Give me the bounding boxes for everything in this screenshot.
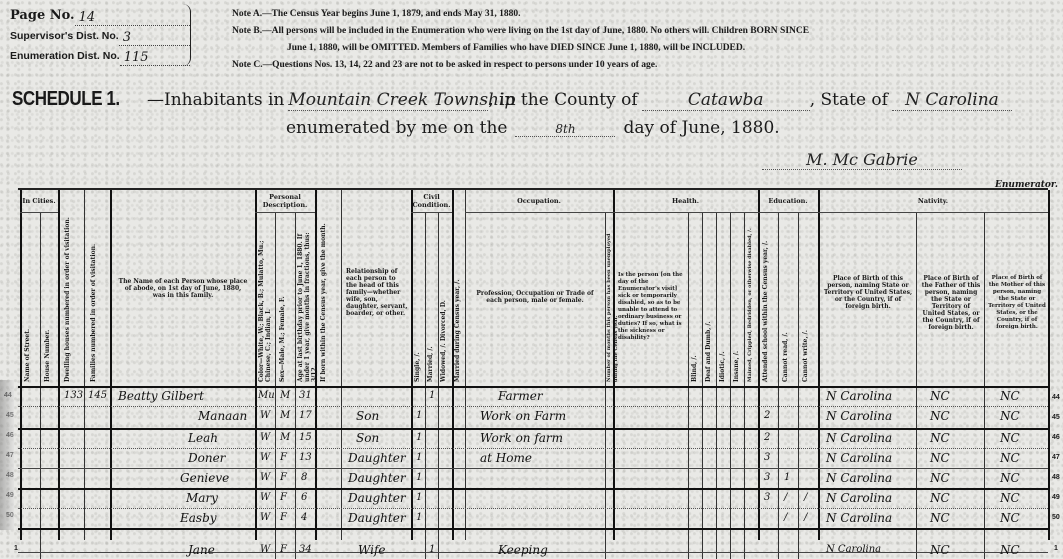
- line-number-right: 46: [1052, 434, 1060, 441]
- person-color: W: [260, 406, 270, 426]
- relationship: Daughter: [348, 468, 406, 488]
- col-color: Color—White, W.; Black, B.; Mulatto, Mu.…: [258, 218, 274, 382]
- person-age: 34: [299, 540, 312, 559]
- mother-birthplace: NC: [1000, 428, 1020, 448]
- brace-divider: [183, 4, 191, 66]
- family-number: 145: [88, 386, 107, 406]
- person-color: Mu: [258, 386, 275, 406]
- person-age: 13: [299, 448, 312, 468]
- cannot-read-mark: /: [784, 488, 787, 508]
- cannot-read-mark: 1: [784, 468, 790, 488]
- school-months: 2: [764, 428, 770, 448]
- father-birthplace: NC: [930, 406, 950, 426]
- col-blind: Blind, /.: [691, 218, 701, 382]
- birthplace: N Carolina: [826, 488, 892, 508]
- person-name: Mary: [186, 488, 218, 508]
- inhabitants-label: —Inhabitants in: [147, 90, 284, 110]
- person-age: 6: [301, 488, 307, 508]
- col-mother-birthplace: Place of Birth of the Mother of this per…: [987, 275, 1047, 331]
- col-deaf-dumb: Deaf and Dumb, /.: [705, 218, 715, 382]
- person-color: W: [260, 468, 270, 488]
- person-sex: M: [280, 406, 290, 426]
- group-nativity: Nativity.: [818, 192, 1048, 210]
- mother-birthplace: NC: [1000, 406, 1020, 426]
- note-c: Note C.—Questions Nos. 13, 14, 22 and 23…: [232, 57, 809, 74]
- enumeration-date-line: enumerated by me on the 8th day of June,…: [286, 118, 780, 138]
- schedule-title: SCHEDULE 1.: [12, 88, 127, 111]
- single-mark: 1: [416, 488, 422, 508]
- supervisor-district-label: Supervisor's Dist. No.: [10, 26, 119, 46]
- page-edge-shadow: [0, 380, 14, 530]
- line-number-right: 49: [1052, 494, 1060, 501]
- line-number-right: 1: [1054, 545, 1058, 552]
- supervisor-district-value: 3: [119, 31, 190, 46]
- enumeration-district-label: Enumeration Dist. No.: [10, 46, 120, 66]
- father-birthplace: NC: [930, 540, 950, 559]
- person-name: Beatty Gilbert: [118, 386, 204, 406]
- col-cannot-read: Cannot read, /.: [782, 218, 796, 382]
- note-b-continued: June 1, 1880, will be OMITTED. Members o…: [232, 40, 809, 57]
- school-months: 3: [764, 488, 770, 508]
- person-sex: M: [280, 428, 290, 448]
- group-health: Health.: [613, 192, 758, 210]
- cannot-write-mark: /: [804, 508, 807, 528]
- mother-birthplace: NC: [1000, 488, 1020, 508]
- mother-birthplace: NC: [1000, 508, 1020, 528]
- person-color: W: [260, 448, 270, 468]
- father-birthplace: NC: [930, 468, 950, 488]
- page-number-line: Page No. 14: [10, 6, 190, 26]
- occupation: Keeping: [498, 540, 548, 559]
- birthplace: N Carolina: [826, 508, 892, 528]
- group-in-cities: In Cities.: [20, 192, 58, 210]
- col-name: The Name of each Person whose place of a…: [118, 278, 248, 299]
- col-house-number: House Number.: [44, 218, 58, 382]
- person-color: W: [260, 488, 270, 508]
- page-info-block: Page No. 14 Supervisor's Dist. No. 3 Enu…: [10, 6, 190, 66]
- person-sex: F: [280, 508, 287, 528]
- line-number-right: 45: [1052, 414, 1060, 421]
- father-birthplace: NC: [930, 448, 950, 468]
- col-maimed: Maimed, Crippled, Bedridden, or otherwis…: [747, 218, 757, 382]
- col-attended-school: Attended school within the Census year, …: [762, 218, 776, 382]
- person-name: Easby: [180, 508, 217, 528]
- married-mark: 1: [429, 386, 435, 406]
- birthplace: N Carolina: [826, 468, 892, 488]
- relationship: Daughter: [348, 488, 406, 508]
- birthplace: N Carolina: [826, 448, 892, 468]
- line-number-right: 44: [1052, 394, 1060, 401]
- census-table: In Cities. Personal Description. Civil C…: [18, 188, 1048, 559]
- state-label: , State of: [810, 90, 888, 110]
- single-mark: 1: [416, 468, 422, 488]
- col-married: Married, /.: [427, 218, 437, 382]
- schedule-title-line: SCHEDULE 1. —Inhabitants in Mountain Cre…: [12, 88, 1012, 111]
- person-sex: F: [280, 540, 287, 559]
- line-number-left: 1: [14, 545, 18, 552]
- col-widowed: Widowed, /. Divorced, D.: [440, 218, 452, 382]
- page-number-value: 14: [75, 11, 190, 26]
- person-sex: F: [280, 488, 287, 508]
- cannot-read-mark: /: [784, 508, 787, 528]
- col-family: Families numbered in order of visitation…: [90, 198, 108, 382]
- person-color: W: [260, 508, 270, 528]
- person-age: 17: [299, 406, 312, 426]
- person-age: 15: [299, 428, 312, 448]
- mother-birthplace: NC: [1000, 386, 1020, 406]
- group-civil-condition: Civil Condition.: [411, 192, 452, 210]
- supervisor-district-line: Supervisor's Dist. No. 3: [10, 26, 190, 46]
- relationship: Wife: [358, 540, 386, 559]
- date-suffix: day of June, 1880.: [623, 118, 779, 138]
- person-name: Doner: [188, 448, 225, 468]
- enumeration-district-value: 115: [120, 51, 190, 66]
- single-mark: 1: [416, 508, 422, 528]
- married-mark: 1: [429, 540, 435, 559]
- father-birthplace: NC: [930, 508, 950, 528]
- county-value: Catawba: [642, 90, 810, 111]
- col-age: Age at last birthday prior to June 1, 18…: [297, 218, 315, 382]
- page-number-label: Page No.: [10, 6, 75, 26]
- col-sick-disabled: Is the person [on the day of the Enumera…: [618, 272, 684, 342]
- notes-block: Note A.—The Census Year begins June 1, 1…: [232, 6, 809, 74]
- note-a: Note A.—The Census Year begins June 1, 1…: [232, 6, 809, 23]
- relationship: Daughter: [348, 508, 406, 528]
- mother-birthplace: NC: [1000, 448, 1020, 468]
- relationship: Son: [356, 406, 379, 426]
- father-birthplace: NC: [930, 428, 950, 448]
- group-occupation: Occupation.: [465, 192, 613, 210]
- father-birthplace: NC: [930, 386, 950, 406]
- father-birthplace: NC: [930, 488, 950, 508]
- col-father-birthplace: Place of Birth of the Father of this per…: [920, 275, 982, 331]
- col-idiotic: Idiotic, /.: [719, 218, 729, 382]
- person-name: Manaan: [198, 406, 247, 426]
- relationship: Son: [356, 428, 379, 448]
- state-value: N Carolina: [892, 90, 1012, 111]
- col-street: Name of Street.: [24, 218, 38, 382]
- dwelling-number: 133: [64, 386, 83, 406]
- mother-birthplace: NC: [1000, 540, 1020, 559]
- person-age: 4: [301, 508, 307, 528]
- person-age: 31: [299, 386, 312, 406]
- person-name: Jane: [188, 540, 215, 559]
- township-value: Mountain Creek Township: [288, 90, 488, 111]
- enumerator-signature: M. Mc Gabrie: [762, 150, 962, 170]
- enumerated-label: enumerated by me on the: [286, 118, 507, 138]
- enumeration-district-line: Enumeration Dist. No. 115: [10, 46, 190, 66]
- county-label: , in the County of: [488, 90, 637, 110]
- school-months: 2: [764, 406, 770, 426]
- birthplace: N Carolina: [826, 428, 892, 448]
- birthplace: N Carolina: [826, 386, 892, 406]
- single-mark: 1: [416, 406, 422, 426]
- person-sex: F: [280, 468, 287, 488]
- person-sex: M: [280, 386, 290, 406]
- occupation: at Home: [480, 448, 532, 468]
- col-profession: Profession, Occupation or Trade of each …: [470, 290, 600, 304]
- col-birth-month: If born within the Census year, give the…: [320, 198, 338, 382]
- cannot-write-mark: /: [804, 488, 807, 508]
- person-name: Genieve: [180, 468, 229, 488]
- col-dwelling: Dwelling houses numbered in order of vis…: [64, 198, 82, 382]
- person-sex: F: [280, 448, 287, 468]
- relationship: Daughter: [348, 448, 406, 468]
- line-number-right: 48: [1052, 474, 1060, 481]
- occupation: Work on Farm: [480, 406, 566, 426]
- person-color: W: [260, 540, 270, 559]
- birthplace: N Carolina: [826, 406, 892, 426]
- col-sex: Sex—Male, M.; Female, F.: [279, 218, 293, 382]
- occupation: Farmer: [498, 386, 543, 406]
- birthplace: N Carolina: [826, 540, 881, 559]
- person-age: 8: [301, 468, 307, 488]
- single-mark: 1: [416, 428, 422, 448]
- note-b: Note B.—All persons will be included in …: [232, 23, 809, 40]
- person-color: W: [260, 428, 270, 448]
- col-months-unemployed: Number of months this person has been un…: [606, 218, 614, 382]
- col-relationship: Relationship of each person to the head …: [346, 268, 408, 317]
- school-months: 3: [764, 468, 770, 488]
- mother-birthplace: NC: [1000, 468, 1020, 488]
- col-birthplace: Place of Birth of this person, naming St…: [823, 275, 913, 310]
- col-married-census-year: Married during Census year, /.: [454, 218, 464, 382]
- group-personal-description: Personal Description.: [255, 192, 315, 210]
- col-single: Single, /.: [414, 218, 424, 382]
- group-education: Education.: [758, 192, 818, 210]
- col-insane: Insane, /.: [733, 218, 743, 382]
- single-mark: 1: [416, 448, 422, 468]
- col-cannot-write: Cannot write, /.: [802, 218, 816, 382]
- line-number-right: 47: [1052, 454, 1060, 461]
- school-months: 3: [764, 448, 770, 468]
- occupation: Work on farm: [480, 428, 563, 448]
- line-number-right: 50: [1052, 514, 1060, 521]
- person-name: Leah: [188, 428, 218, 448]
- enumeration-day-value: 8th: [515, 122, 615, 137]
